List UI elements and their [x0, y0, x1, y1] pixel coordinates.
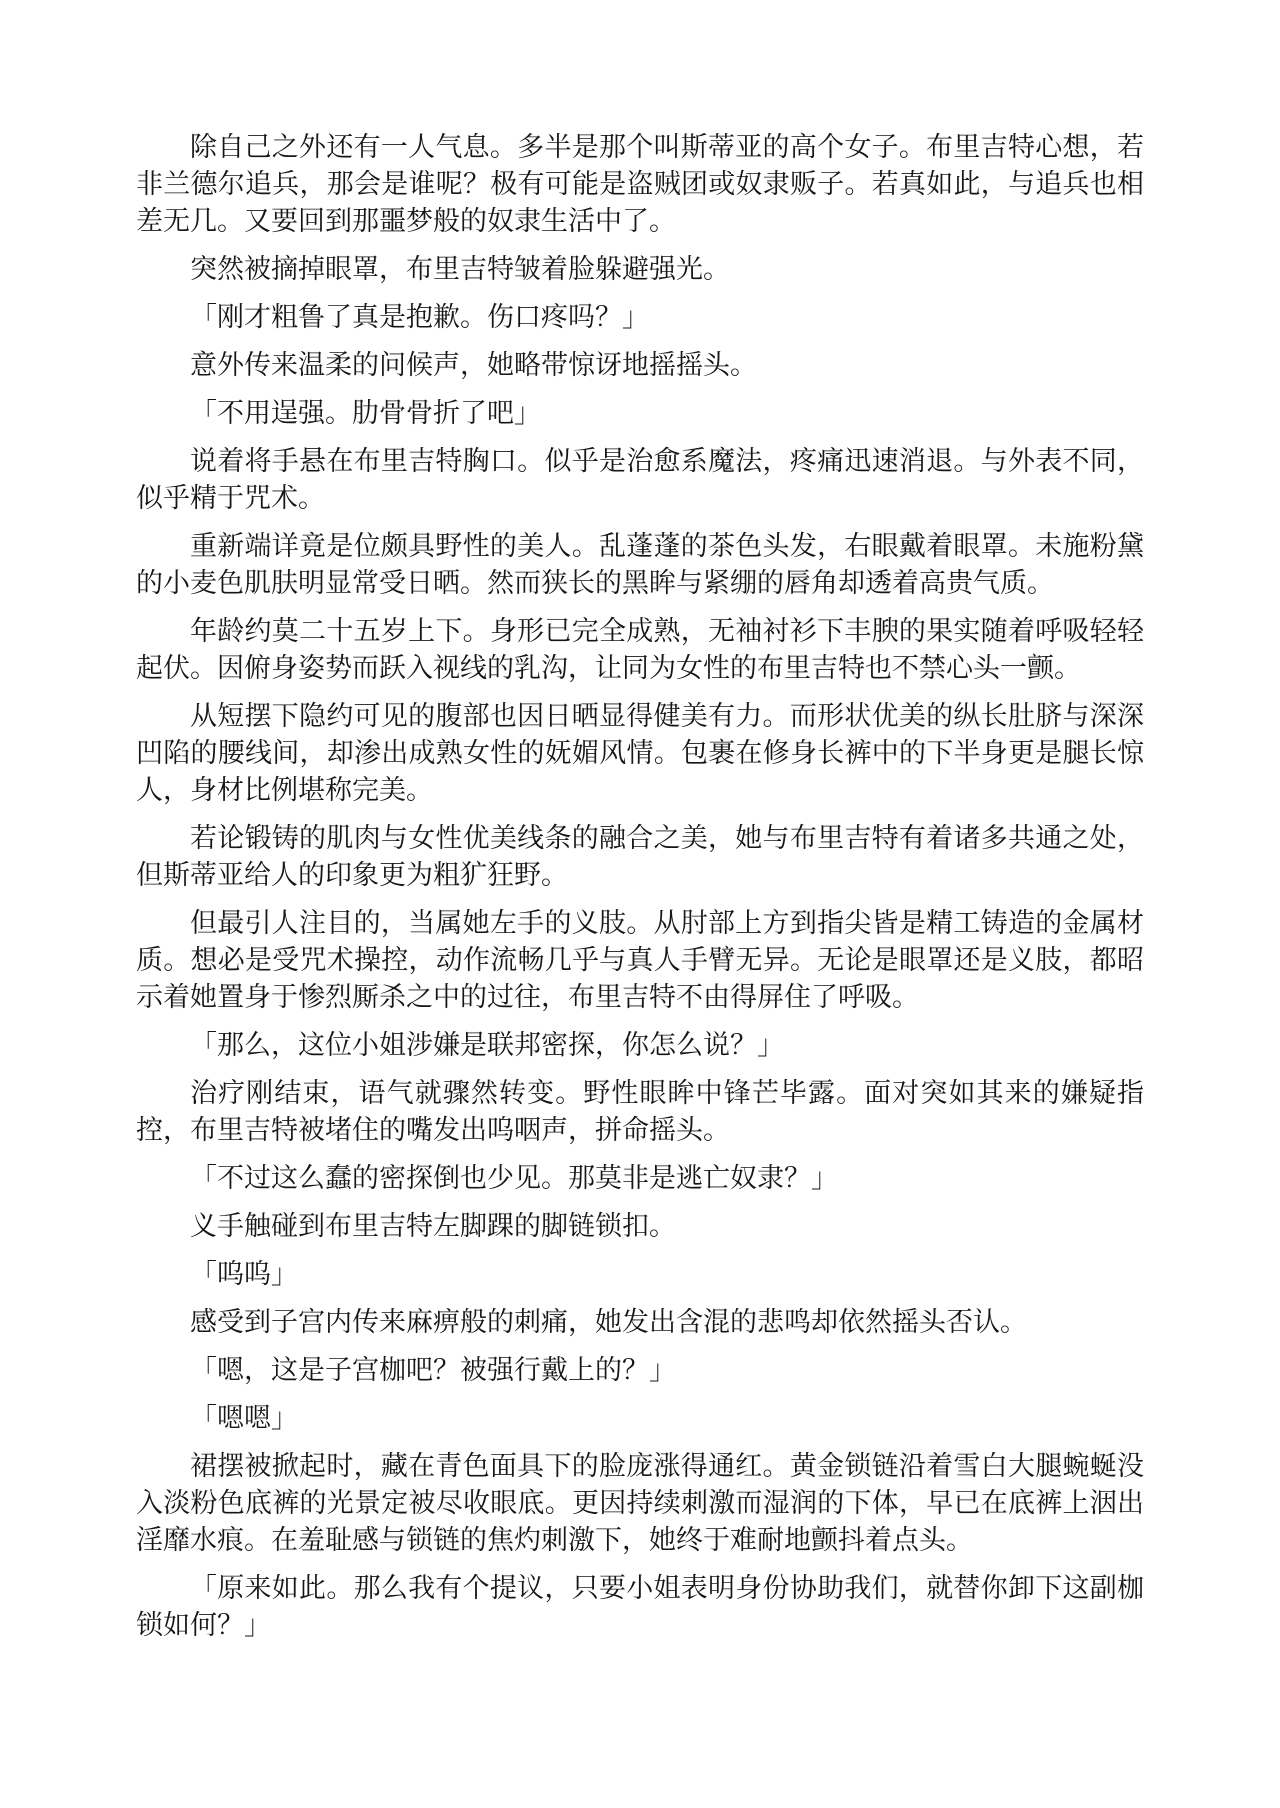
paragraph: 感受到子宫内传来麻痹般的刺痛，她发出含混的悲鸣却依然摇头否认。	[136, 1304, 1144, 1341]
paragraph: 但最引人注目的，当属她左手的义肢。从肘部上方到指尖皆是精工铸造的金属材质。想必是…	[136, 905, 1144, 1016]
paragraph-dialogue: 「刚才粗鲁了真是抱歉。伤口疼吗？」	[136, 299, 1144, 336]
paragraph: 治疗刚结束，语气就骤然转变。野性眼眸中锋芒毕露。面对突如其来的嫌疑指控，布里吉特…	[136, 1075, 1144, 1149]
paragraph: 年龄约莫二十五岁上下。身形已完全成熟，无袖衬衫下丰腴的果实随着呼吸轻轻起伏。因俯…	[136, 613, 1144, 687]
paragraph-dialogue: 「嗯嗯」	[136, 1400, 1144, 1437]
document-page: 除自己之外还有一人气息。多半是那个叫斯蒂亚的高个女子。布里吉特心想，若非兰德尔追…	[0, 0, 1280, 1808]
paragraph: 突然被摘掉眼罩，布里吉特皱着脸躲避强光。	[136, 251, 1144, 288]
paragraph: 说着将手悬在布里吉特胸口。似乎是治愈系魔法，疼痛迅速消退。与外表不同，似乎精于咒…	[136, 443, 1144, 517]
paragraph-dialogue: 「那么，这位小姐涉嫌是联邦密探，你怎么说？」	[136, 1027, 1144, 1064]
paragraph-dialogue: 「不用逞强。肋骨骨折了吧」	[136, 395, 1144, 432]
paragraph-dialogue: 「嗯，这是子宫枷吧？被强行戴上的？」	[136, 1352, 1144, 1389]
paragraph: 除自己之外还有一人气息。多半是那个叫斯蒂亚的高个女子。布里吉特心想，若非兰德尔追…	[136, 129, 1144, 240]
page-text: 除自己之外还有一人气息。多半是那个叫斯蒂亚的高个女子。布里吉特心想，若非兰德尔追…	[136, 129, 1144, 1644]
paragraph: 重新端详竟是位颇具野性的美人。乱蓬蓬的茶色头发，右眼戴着眼罩。未施粉黛的小麦色肌…	[136, 528, 1144, 602]
paragraph: 意外传来温柔的问候声，她略带惊讶地摇摇头。	[136, 347, 1144, 384]
paragraph-dialogue: 「不过这么蠢的密探倒也少见。那莫非是逃亡奴隶？」	[136, 1160, 1144, 1197]
paragraph: 义手触碰到布里吉特左脚踝的脚链锁扣。	[136, 1208, 1144, 1245]
paragraph: 从短摆下隐约可见的腹部也因日晒显得健美有力。而形状优美的纵长肚脐与深深凹陷的腰线…	[136, 698, 1144, 809]
paragraph: 裙摆被掀起时，藏在青色面具下的脸庞涨得通红。黄金锁链沿着雪白大腿蜿蜒没入淡粉色底…	[136, 1448, 1144, 1559]
paragraph-dialogue: 「呜呜」	[136, 1256, 1144, 1293]
paragraph-dialogue: 「原来如此。那么我有个提议，只要小姐表明身份协助我们，就替你卸下这副枷锁如何？」	[136, 1570, 1144, 1644]
paragraph: 若论锻铸的肌肉与女性优美线条的融合之美，她与布里吉特有着诸多共通之处，但斯蒂亚给…	[136, 820, 1144, 894]
